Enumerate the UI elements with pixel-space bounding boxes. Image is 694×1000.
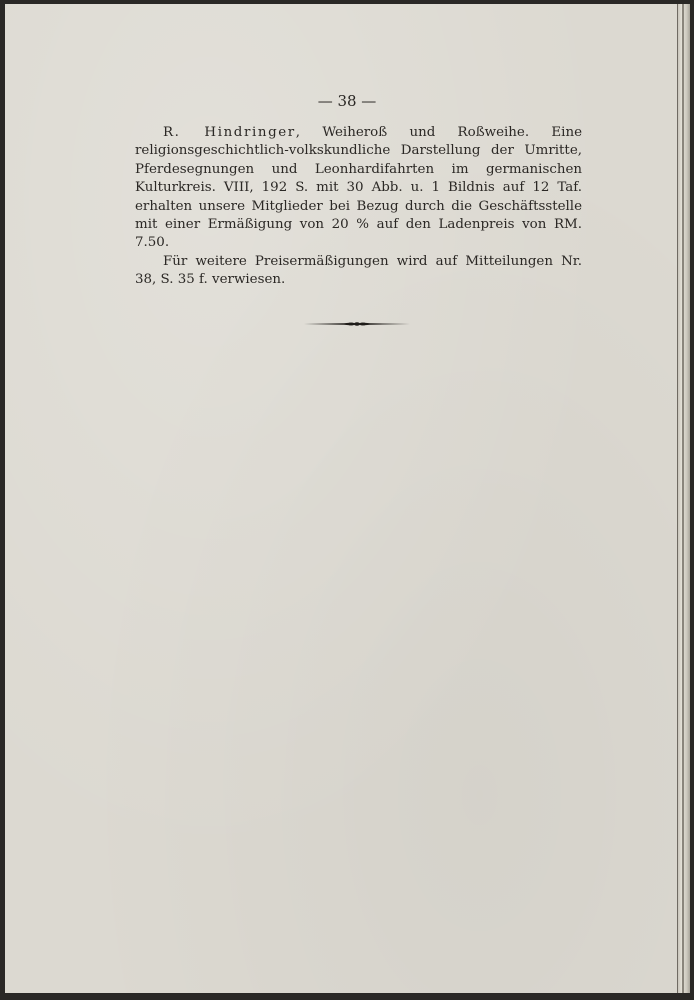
body-text: R. Hindringer, Weiheroß und Roßweihe. Ei… — [135, 124, 582, 290]
paragraph-price-reference: Für weitere Preisermäßigungen wird auf M… — [135, 253, 582, 290]
price-reference-text: Für weitere Preisermäßigungen wird auf M… — [135, 254, 582, 287]
page-fold-line — [682, 4, 684, 993]
author-name: R. Hindringer — [163, 125, 296, 140]
book-notice-text: , Weiheroß und Roßweihe. Eine religionsg… — [135, 125, 582, 250]
paragraph-book-notice: R. Hindringer, Weiheroß und Roßweihe. Ei… — [135, 124, 582, 253]
decorative-rule-ornament-icon — [304, 319, 410, 329]
page-number: — 38 — — [0, 92, 694, 110]
